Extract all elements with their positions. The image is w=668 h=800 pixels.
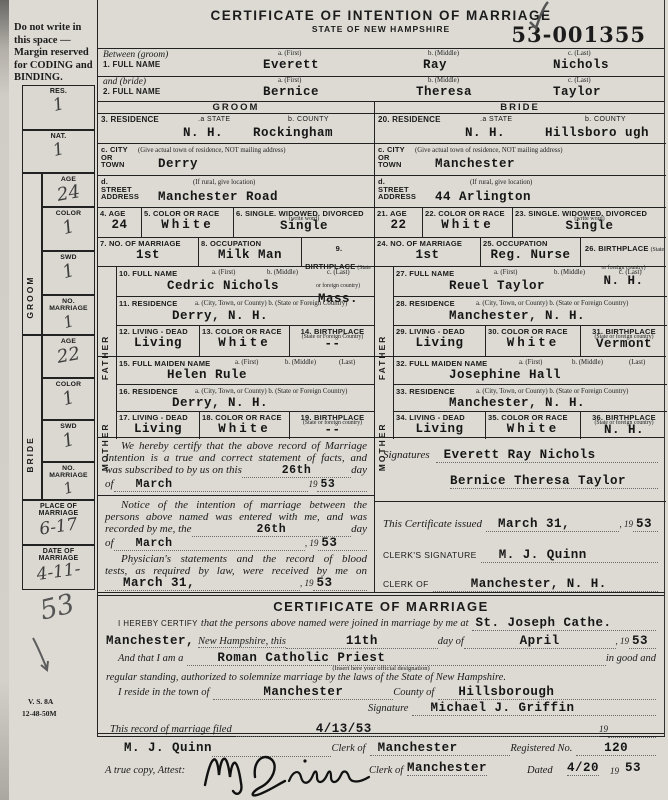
marriage-title: CERTIFICATE OF MARRIAGE	[98, 596, 664, 614]
groom-residence-county: Rockingham	[253, 126, 333, 140]
attest-clerk-town: Manchester	[407, 761, 487, 776]
groom-mother-race: White	[200, 422, 289, 436]
clerk-signature-value: M. J. Quinn	[481, 549, 658, 563]
margin-bride-age: AGE 22	[42, 335, 95, 378]
margin-box-res: RES. 1	[22, 85, 95, 130]
blood-test-year: 53	[313, 577, 367, 591]
bride-name-row: and (bride) 2. FULL NAME a. (First) b. (…	[98, 76, 664, 101]
signatures-label: Signatures	[383, 449, 430, 462]
scan-edge-shadow	[0, 0, 9, 800]
marriage-place: St. Joseph Cathe.	[472, 616, 656, 631]
marriage-line4: regular standing, authorized to solemniz…	[98, 672, 664, 683]
groom-mother-living: Living	[117, 422, 199, 436]
intention-recorded-year: 53	[318, 537, 367, 551]
officiant-signature: Michael J. Griffin	[412, 701, 656, 716]
physician-paragraph: Physician's statements and the record of…	[98, 551, 374, 591]
intention-certification: We hereby certify that the above record …	[98, 437, 374, 592]
margin-bride-color: COLOR 1	[42, 378, 95, 420]
groom-status: Single	[234, 219, 374, 233]
clerk-of-label: CLERK OF	[383, 578, 429, 591]
attestation-row: A true copy, Attest: Clerk of Manchester…	[97, 737, 665, 800]
designation-hint: (Insert here your official designation)	[98, 665, 664, 672]
between-groom-label: Between (groom)	[103, 50, 168, 60]
attest-year: 53	[625, 761, 641, 775]
clerk-section: Signatures Everett Ray Nichols Bernice T…	[375, 437, 666, 592]
marriage-city: Manchester,	[106, 634, 194, 648]
groom-signature: Everett Ray Nichols	[436, 449, 658, 463]
bride-city: Manchester	[435, 157, 515, 171]
blood-test-date: March 31,	[105, 577, 300, 591]
groom-father-living: Living	[117, 336, 199, 350]
bride-residence-state: N. H.	[465, 126, 505, 140]
margin-groom-swd: SWD 1	[42, 251, 95, 295]
bride-mother-residence: Manchester, N. H.	[449, 396, 585, 410]
groom-street: Manchester Road	[158, 190, 278, 204]
certificate-issued-year: 53	[633, 518, 658, 532]
officiant-town: Manchester	[213, 685, 393, 700]
groom-first-name: Everett	[263, 58, 319, 72]
groom-race: White	[142, 218, 233, 232]
groom-marriage-no: 1st	[98, 248, 198, 262]
marriage-day: 11th	[286, 634, 438, 649]
groom-name-row: Between (groom) 1. FULL NAME a. (First) …	[98, 48, 664, 76]
bride-occupation: Reg. Nurse	[481, 248, 580, 262]
groom-mother-residence: Derry, N. H.	[172, 396, 268, 410]
bride-first-name: Bernice	[263, 85, 319, 99]
groom-father-name: Cedric Nichols	[167, 279, 279, 293]
margin-notice: Do not write in this space — Margin rese…	[14, 22, 96, 85]
bride-race: White	[423, 218, 512, 232]
margin-groom-color: COLOR 1	[42, 207, 95, 251]
marriage-year: 53	[629, 634, 656, 649]
groom-band-label: GROOM	[98, 102, 374, 113]
bride-status: Single	[513, 219, 666, 233]
officiant-county: Hillsborough	[438, 685, 656, 700]
bride-father-residence: Manchester, N. H.	[449, 309, 585, 323]
groom-occupation: Milk Man	[199, 248, 301, 262]
margin-groom-age: AGE 24	[42, 173, 95, 207]
page-title: CERTIFICATE OF INTENTION OF MARRIAGE	[98, 8, 664, 23]
bride-column: 20. RESIDENCE .a STATE b. COUNTY N. H. H…	[375, 113, 666, 437]
attest-date: 4/20	[567, 761, 599, 776]
pencil-arrow-icon	[30, 635, 54, 677]
pencil-checkmark-icon	[526, 0, 552, 32]
clerk-of-value: Manchester, N. H.	[433, 578, 658, 592]
bride-last-name: Taylor	[553, 85, 601, 99]
groom-age: 24	[98, 218, 141, 232]
intention-subscribed-year: 53	[317, 478, 367, 492]
bride-mother-race: White	[486, 422, 580, 436]
bride-age: 22	[375, 218, 422, 232]
margin-bride-marriage: NO. MARRIAGE 1	[42, 462, 95, 500]
groom-last-name: Nichols	[553, 58, 609, 72]
margin-bride-band: BRIDE	[22, 335, 42, 500]
margin-date-of-marriage: DATE OF MARRIAGE 4-11-	[22, 545, 95, 590]
bride-father-name: Reuel Taylor	[449, 279, 545, 293]
bride-marriage-no: 1st	[375, 248, 480, 262]
marriage-month: April	[464, 634, 616, 649]
filed-year-blank	[608, 719, 656, 738]
bride-mother-living: Living	[394, 422, 485, 436]
margin-handwritten-year: 53	[37, 588, 78, 626]
form-code: V. S. 8A	[28, 697, 53, 706]
and-bride-label: and (bride)	[103, 77, 146, 87]
bride-middle-name: Theresa	[416, 85, 472, 99]
certificate-issued-date: March 31,	[486, 518, 619, 532]
margin-box-nat: NAT. 1	[22, 130, 95, 173]
bride-mother-name: Josephine Hall	[449, 368, 561, 382]
certificate-of-marriage-box: CERTIFICATE OF MARRIAGE I HEREBY CERTIFY…	[97, 592, 665, 737]
intention-recorded-day: 26th	[192, 523, 352, 537]
margin-groom-band: GROOM	[22, 173, 42, 335]
margin-bride-label: BRIDE	[25, 436, 35, 472]
intention-subscribed-month: March	[114, 478, 309, 492]
bride-father-living: Living	[394, 336, 485, 350]
groom-mother-name: Helen Rule	[167, 368, 247, 382]
margin-bride-swd: SWD 1	[42, 420, 95, 462]
margin-groom-marriage: NO. MARRIAGE 1	[42, 295, 95, 335]
bride-band-label: BRIDE	[374, 102, 666, 113]
clerk-signature-label: CLERK'S SIGNATURE	[383, 549, 477, 562]
groom-city: Derry	[158, 157, 198, 171]
recorded-paragraph: Notice of the intention of marriage betw…	[98, 496, 374, 551]
certificate-issued-label: This Certificate issued	[383, 518, 482, 531]
groom-father-residence: Derry, N. H.	[172, 309, 268, 323]
bride-street: 44 Arlington	[435, 190, 531, 204]
bride-father-race: White	[486, 336, 580, 350]
groom-father-race: White	[200, 336, 289, 350]
attest-label: A true copy, Attest:	[105, 765, 185, 776]
clerk-signature-handwritten-icon	[197, 737, 387, 800]
bride-signature: Bernice Theresa Taylor	[450, 475, 658, 489]
subscribed-paragraph: We hereby certify that the above record …	[98, 437, 374, 492]
marriage-certificate-page: Do not write in this space — Margin rese…	[0, 0, 668, 800]
groom-middle-name: Ray	[423, 58, 447, 72]
margin-groom-label: GROOM	[25, 276, 35, 319]
intention-subscribed-day: 26th	[242, 464, 351, 478]
attest-clerk-of-label: Clerk of	[369, 765, 403, 776]
margin-place-of-marriage: PLACE OF MARRIAGE 6-17	[22, 500, 95, 545]
groom-residence-state: N. H.	[183, 126, 223, 140]
intention-recorded-month: March	[114, 537, 305, 551]
official-designation: Roman Catholic Priest	[187, 651, 606, 666]
attest-dated-label: Dated	[527, 765, 553, 776]
record-filed-date: 4/13/53	[236, 722, 599, 737]
attest-year-prefix: 19	[610, 766, 619, 776]
bride-residence-county: Hillsboro ugh	[545, 126, 649, 140]
groom-column: 3. RESIDENCE .a STATE b. COUNTY N. H. Ro…	[98, 113, 374, 437]
print-code: 12-48-50M	[22, 709, 57, 718]
